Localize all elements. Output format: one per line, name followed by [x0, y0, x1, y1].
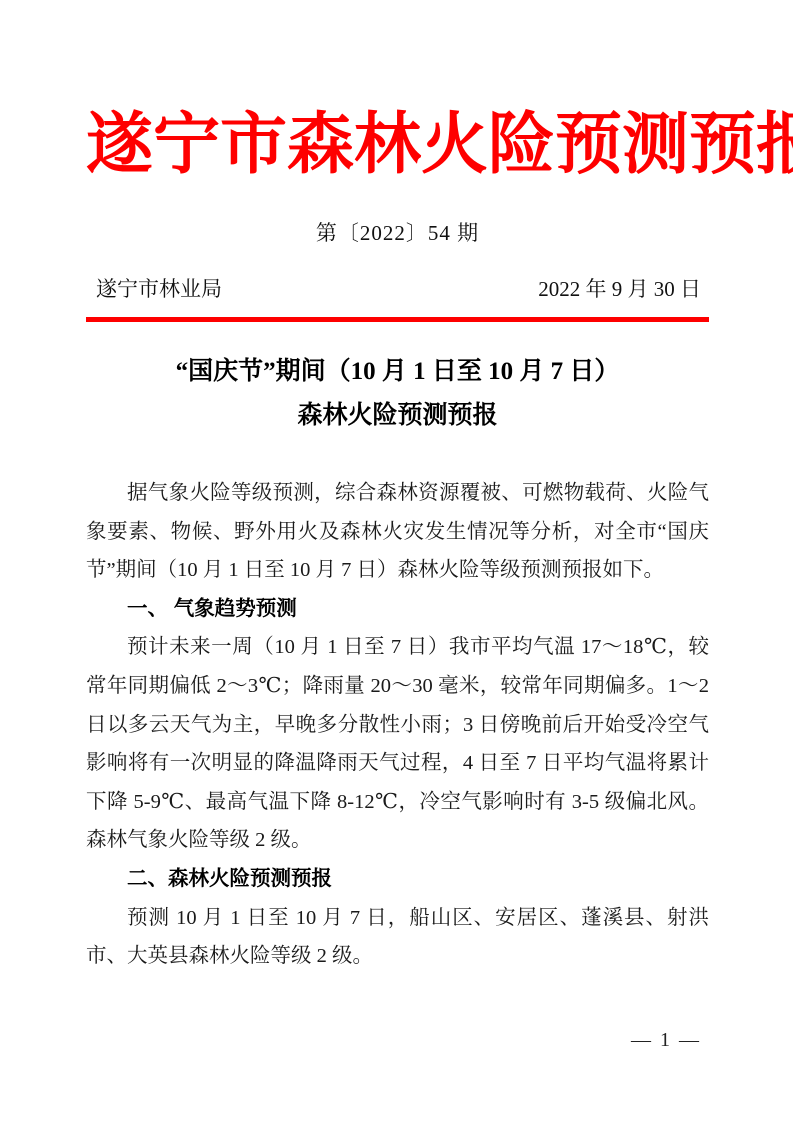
- intro-paragraph: 据气象火险等级预测，综合森林资源覆被、可燃物载荷、火险气象要素、物候、野外用火及…: [86, 474, 709, 590]
- section-1-heading: 一、 气象趋势预测: [86, 590, 709, 629]
- issue-date: 2022 年 9 月 30 日: [538, 273, 701, 303]
- issue-number: 第〔2022〕54 期: [86, 217, 709, 247]
- section-1-paragraph: 预计未来一周（10 月 1 日至 7 日）我市平均气温 17～18℃，较常年同期…: [86, 628, 709, 860]
- masthead-title: 遂宁市森林火险预测预报: [86, 112, 709, 179]
- section-2-heading: 二、森林火险预测预报: [86, 860, 709, 899]
- document-body: 据气象火险等级预测，综合森林资源覆被、可燃物载荷、火险气象要素、物候、野外用火及…: [86, 474, 709, 976]
- document-title-line1: “国庆节”期间（10 月 1 日至 10 月 7 日）: [176, 358, 620, 385]
- issuing-agency: 遂宁市林业局: [96, 273, 222, 303]
- meta-row: 遂宁市林业局 2022 年 9 月 30 日: [86, 273, 709, 303]
- document-title: “国庆节”期间（10 月 1 日至 10 月 7 日） 森林火险预测预报: [86, 350, 709, 438]
- divider-rule: [86, 317, 709, 322]
- document-masthead: 遂宁市森林火险预测预报 第〔2022〕54 期 遂宁市林业局 2022 年 9 …: [86, 112, 709, 322]
- section-2-paragraph: 预测 10 月 1 日至 10 月 7 日，船山区、安居区、蓬溪县、射洪市、大英…: [86, 899, 709, 976]
- document-page: 遂宁市森林火险预测预报 第〔2022〕54 期 遂宁市林业局 2022 年 9 …: [0, 0, 793, 1122]
- document-title-line2: 森林火险预测预报: [297, 402, 497, 429]
- page-number: — 1 —: [631, 1029, 701, 1052]
- document-content: “国庆节”期间（10 月 1 日至 10 月 7 日） 森林火险预测预报 据气象…: [86, 350, 709, 976]
